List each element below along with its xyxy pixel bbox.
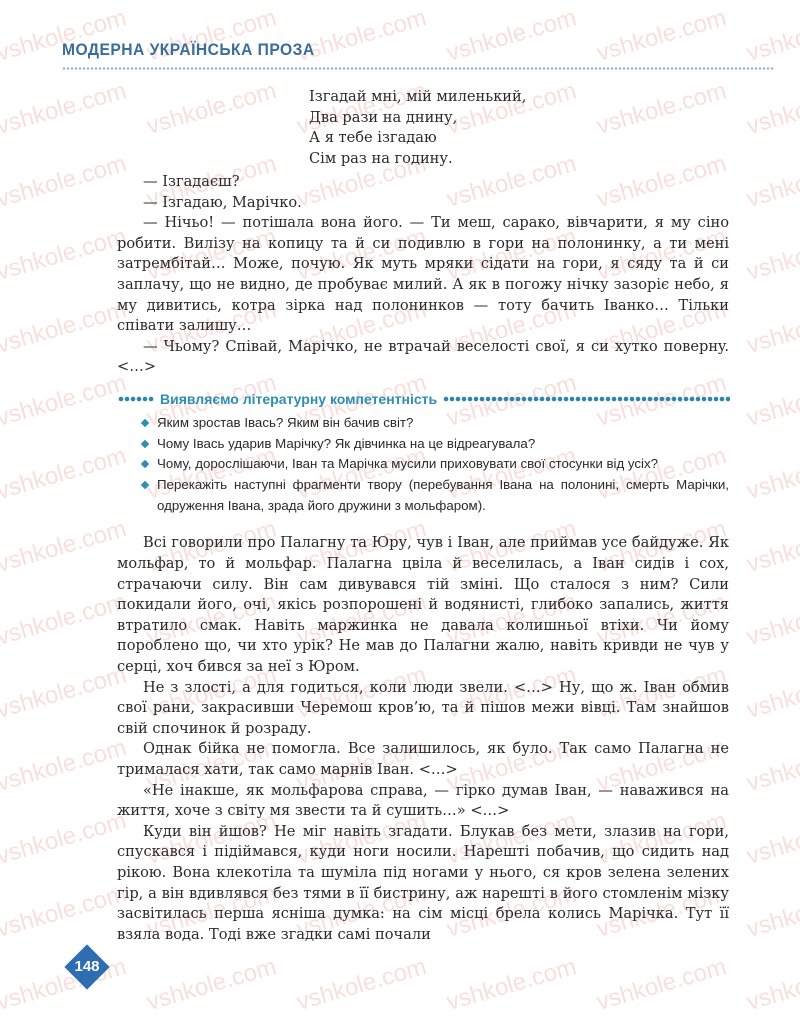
task-block: Виявляємо літературну компетентність Яки… — [117, 391, 729, 517]
dots-decoration-icon — [118, 396, 154, 402]
poem-line: Ізгадай мні, мій миленький, — [309, 87, 729, 108]
watermark-text: vshkole.com — [0, 442, 130, 506]
watermark-text: vshkole.com — [744, 880, 800, 944]
watermark-text: vshkole.com — [0, 77, 130, 141]
watermark-text: vshkole.com — [594, 953, 730, 1017]
watermark-text: vshkole.com — [744, 515, 800, 579]
watermark-text: vshkole.com — [744, 77, 800, 141]
paragraph: «Не інакше, як мольфарова справа, — гірк… — [117, 781, 729, 822]
watermark-text: vshkole.com — [0, 807, 130, 871]
poem-line: Два рази на днину, — [309, 108, 729, 129]
watermark-text: vshkole.com — [0, 296, 130, 360]
dots-decoration-icon — [443, 396, 730, 402]
diamond-bullet-icon — [141, 439, 149, 447]
page-number-badge: 148 — [65, 945, 109, 989]
watermark-text: vshkole.com — [444, 953, 580, 1017]
diamond-bullet-icon — [141, 419, 149, 427]
dialogue-line: — Ізгадаю, Марічко. — [117, 193, 729, 214]
poem-line: А я тебе ізгадаю — [309, 128, 729, 149]
task-heading: Виявляємо літературну компетентність — [118, 391, 730, 407]
task-item-text: Чому Івась ударив Марічку? Як дівчинка н… — [157, 436, 535, 451]
watermark-text: vshkole.com — [0, 515, 130, 579]
watermark-text: vshkole.com — [744, 150, 800, 214]
poem-line: Сім раз на годину. — [309, 149, 729, 170]
watermark-text: vshkole.com — [744, 953, 800, 1017]
header-dotted-rule — [62, 67, 775, 70]
task-item-text: Яким зростав Івась? Яким він бачив світ? — [157, 415, 413, 430]
task-item: Перекажіть наступні фрагменти твору (пер… — [141, 475, 729, 516]
watermark-text: vshkole.com — [744, 661, 800, 725]
watermark-text: vshkole.com — [144, 953, 280, 1017]
dialogue-line: — Нічьо! — потішала вона його. — Ти меш,… — [117, 213, 729, 337]
dialogue-line: — Чьому? Співай, Марічко, не втрачай вес… — [117, 337, 729, 378]
watermark-text: vshkole.com — [0, 369, 130, 433]
watermark-text: vshkole.com — [294, 953, 430, 1017]
watermark-text: vshkole.com — [744, 807, 800, 871]
section-title: МОДЕРНА УКРАЇНСЬКА ПРОЗА — [62, 40, 315, 60]
watermark-text: vshkole.com — [0, 880, 130, 944]
story-text: Всі говорили про Палагну та Юру, чув і І… — [117, 533, 729, 945]
page-number: 148 — [65, 945, 109, 989]
dialogue-line: — Ізгадаєш? — [117, 172, 729, 193]
dialogue: — Ізгадаєш? — Ізгадаю, Марічко. — Нічьо!… — [117, 172, 729, 378]
watermark-text: vshkole.com — [444, 4, 580, 68]
watermark-text: vshkole.com — [744, 588, 800, 652]
watermark-text: vshkole.com — [744, 369, 800, 433]
task-item: Чому, дорослішаючи, Іван та Марічка муси… — [141, 454, 729, 475]
page-content: Ізгадай мні, мій миленький, Два рази на … — [117, 87, 729, 945]
task-list: Яким зростав Івась? Яким він бачив світ?… — [117, 413, 729, 517]
task-title: Виявляємо літературну компетентність — [160, 391, 437, 407]
watermark-text: vshkole.com — [744, 223, 800, 287]
poem: Ізгадай мні, мій миленький, Два рази на … — [309, 87, 729, 169]
watermark-text: vshkole.com — [744, 296, 800, 360]
task-item-text: Чому, дорослішаючи, Іван та Марічка муси… — [157, 456, 658, 471]
task-item-text: Перекажіть наступні фрагменти твору (пер… — [157, 477, 729, 513]
diamond-bullet-icon — [141, 481, 149, 489]
watermark-text: vshkole.com — [744, 442, 800, 506]
paragraph: Не з злості, а для годиться, коли люди з… — [117, 678, 729, 740]
watermark-text: vshkole.com — [0, 734, 130, 798]
watermark-text: vshkole.com — [0, 588, 130, 652]
task-item: Яким зростав Івась? Яким він бачив світ? — [141, 413, 729, 434]
diamond-bullet-icon — [141, 460, 149, 468]
watermark-text: vshkole.com — [744, 734, 800, 798]
watermark-text: vshkole.com — [0, 150, 130, 214]
paragraph: Однак бійка не помогла. Все залишилось, … — [117, 739, 729, 780]
task-item: Чому Івась ударив Марічку? Як дівчинка н… — [141, 434, 729, 455]
watermark-text: vshkole.com — [744, 4, 800, 68]
watermark-text: vshkole.com — [0, 661, 130, 725]
paragraph: Всі говорили про Палагну та Юру, чув і І… — [117, 533, 729, 677]
paragraph: Куди він йшов? Не міг навіть згадати. Бл… — [117, 822, 729, 946]
watermark-text: vshkole.com — [594, 4, 730, 68]
watermark-text: vshkole.com — [0, 223, 130, 287]
